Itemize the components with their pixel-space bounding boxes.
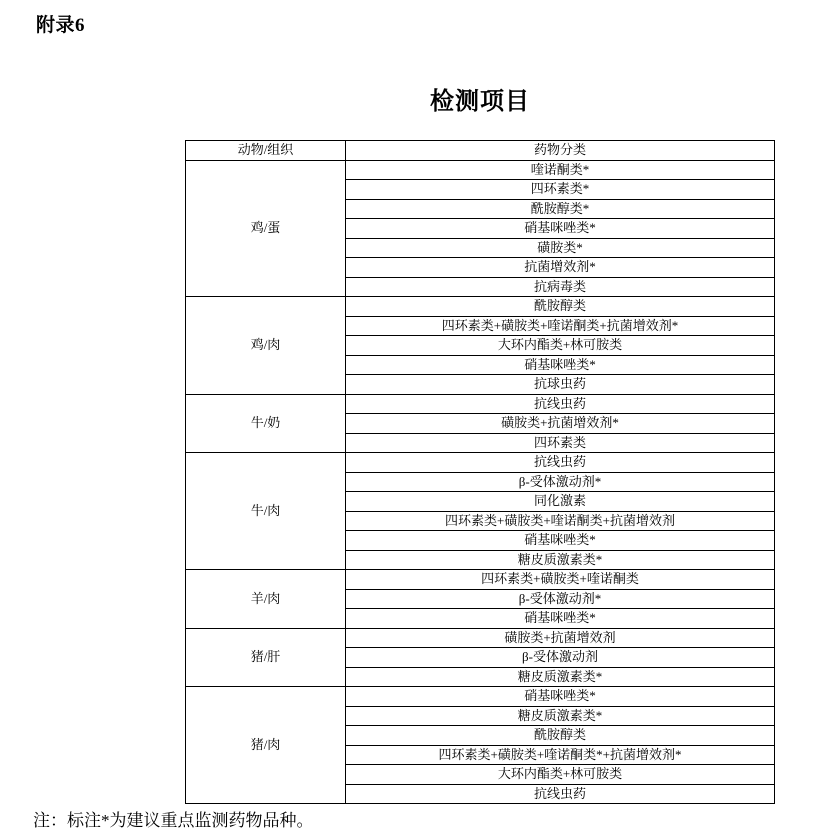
drug-class-cell: 磺胺类* [346,238,775,258]
animal-tissue-cell: 羊/肉 [186,570,346,629]
drug-class-cell: 抗球虫药 [346,375,775,395]
drug-class-cell: 大环内酯类+林可胺类 [346,336,775,356]
animal-tissue-cell: 牛/奶 [186,394,346,453]
document-page: { "page": { "appendix_label": "附录6", "ti… [0,0,815,839]
drug-class-cell: 磺胺类+抗菌增效剂* [346,414,775,434]
drug-class-cell: 酰胺醇类 [346,726,775,746]
drug-class-cell: 抗线虫药 [346,784,775,804]
animal-tissue-cell: 猪/肉 [186,687,346,804]
page-title: 检测项目 [430,81,530,116]
drug-class-cell: 硝基咪唑类* [346,687,775,707]
drug-class-cell: 硝基咪唑类* [346,219,775,239]
drug-class-cell: 酰胺醇类 [346,297,775,317]
detection-table-body: 鸡/蛋喹诺酮类*四环素类*酰胺醇类*硝基咪唑类*磺胺类*抗菌增效剂*抗病毒类鸡/… [186,160,775,804]
drug-class-cell: 四环素类 [346,433,775,453]
drug-class-cell: 硝基咪唑类* [346,355,775,375]
table-row: 牛/肉抗线虫药 [186,453,775,473]
animal-tissue-cell: 鸡/蛋 [186,160,346,297]
drug-class-cell: 糖皮质激素类* [346,706,775,726]
appendix-label: 附录6 [36,10,85,37]
drug-class-cell: 四环素类+磺胺类+喹诺酮类+抗菌增效剂 [346,511,775,531]
drug-class-cell: 抗菌增效剂* [346,258,775,278]
drug-class-cell: 四环素类+磺胺类+喹诺酮类*+抗菌增效剂* [346,745,775,765]
detection-table: 动物/组织 药物分类 鸡/蛋喹诺酮类*四环素类*酰胺醇类*硝基咪唑类*磺胺类*抗… [185,140,775,804]
col-header-drug-class: 药物分类 [346,141,775,161]
drug-class-cell: β-受体激动剂* [346,472,775,492]
animal-tissue-cell: 牛/肉 [186,453,346,570]
table-row: 羊/肉四环素类+磺胺类+喹诺酮类 [186,570,775,590]
table-row: 猪/肉硝基咪唑类* [186,687,775,707]
table-row: 鸡/肉酰胺醇类 [186,297,775,317]
drug-class-cell: 四环素类+磺胺类+喹诺酮类+抗菌增效剂* [346,316,775,336]
table-row: 猪/肝磺胺类+抗菌增效剂 [186,628,775,648]
table-header-row: 动物/组织 药物分类 [186,141,775,161]
drug-class-cell: 四环素类* [346,180,775,200]
drug-class-cell: 抗病毒类 [346,277,775,297]
animal-tissue-cell: 猪/肝 [186,628,346,687]
drug-class-cell: 四环素类+磺胺类+喹诺酮类 [346,570,775,590]
drug-class-cell: β-受体激动剂 [346,648,775,668]
drug-class-cell: 同化激素 [346,492,775,512]
drug-class-cell: 硝基咪唑类* [346,609,775,629]
col-header-animal-tissue: 动物/组织 [186,141,346,161]
drug-class-cell: 糖皮质激素类* [346,667,775,687]
drug-class-cell: 糖皮质激素类* [346,550,775,570]
drug-class-cell: 硝基咪唑类* [346,531,775,551]
drug-class-cell: 喹诺酮类* [346,160,775,180]
drug-class-cell: 抗线虫药 [346,394,775,414]
drug-class-cell: 大环内酯类+林可胺类 [346,765,775,785]
drug-class-cell: β-受体激动剂* [346,589,775,609]
drug-class-cell: 磺胺类+抗菌增效剂 [346,628,775,648]
footer-note: 注：标注*为建议重点监测药物品种。 [33,806,314,831]
table-row: 鸡/蛋喹诺酮类* [186,160,775,180]
drug-class-cell: 酰胺醇类* [346,199,775,219]
drug-class-cell: 抗线虫药 [346,453,775,473]
animal-tissue-cell: 鸡/肉 [186,297,346,395]
table-row: 牛/奶抗线虫药 [186,394,775,414]
